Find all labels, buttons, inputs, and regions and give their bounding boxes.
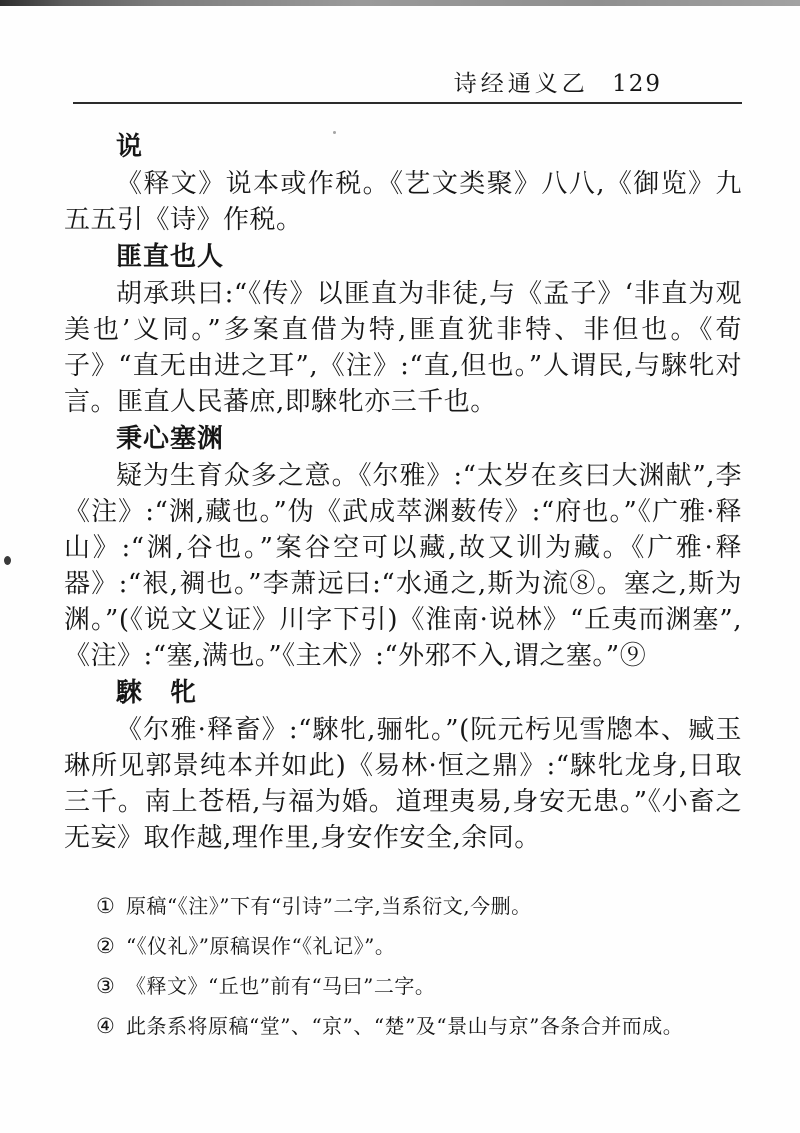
section-paragraph: 胡承珙曰:“《传》以匪直为非徒,与《孟子》‘非直为观美也’义同。”多案直借为特,… (64, 276, 742, 420)
footnote-marker: ③ (96, 973, 126, 999)
page-number: 129 (612, 71, 662, 97)
footnote-text: 此条系将原稿“堂”、“京”、“楚”及“景山与京”各条合并而成。 (126, 1013, 722, 1039)
footnote-marker: ④ (96, 1013, 126, 1039)
footnotes-block: ① 原稿“《注》”下有“引诗”二字,当系衍文,今删。 ② “《仪礼》”原稿误作“… (96, 893, 722, 1053)
scan-speck (4, 556, 11, 565)
footnote: ① 原稿“《注》”下有“引诗”二字,当系衍文,今删。 (96, 893, 722, 919)
section-heading-bingxinsaiyuan: 秉心塞渊 (64, 420, 742, 458)
footnote-text: 《释文》“丘也”前有“马曰”二字。 (126, 973, 722, 999)
scan-artifact-top-edge (0, 0, 800, 6)
footnote-marker: ② (96, 933, 126, 959)
section-heading-laipin: 騋 牝 (64, 674, 742, 712)
section-heading-shuo: 说 (64, 128, 742, 166)
footnote: ④ 此条系将原稿“堂”、“京”、“楚”及“景山与京”各条合并而成。 (96, 1013, 722, 1039)
scan-speck (333, 131, 336, 134)
section-heading-feizhiyeren: 匪直也人 (64, 238, 742, 276)
main-text-block: 说 《释文》说本或作税。《艺文类聚》八八,《御览》九五五引《诗》作税。 匪直也人… (64, 128, 742, 856)
header-rule (73, 102, 742, 104)
footnote-text: “《仪礼》”原稿误作“《礼记》”。 (126, 933, 722, 959)
running-title: 诗经通义乙 (454, 71, 589, 97)
section-paragraph: 疑为生育众多之意。《尔雅》:“太岁在亥曰大渊献”,李《注》:“渊,藏也。”伪《武… (64, 458, 742, 674)
footnote-text: 原稿“《注》”下有“引诗”二字,当系衍文,今删。 (126, 893, 722, 919)
footnote: ② “《仪礼》”原稿误作“《礼记》”。 (96, 933, 722, 959)
footnote-marker: ① (96, 893, 126, 919)
book-page: 诗经通义乙 129 说 《释文》说本或作税。《艺文类聚》八八,《御览》九五五引《… (0, 0, 800, 1133)
footnote: ③ 《释文》“丘也”前有“马曰”二字。 (96, 973, 722, 999)
section-paragraph: 《尔雅·释畜》:“騋牝,骊牝。”(阮元杇见雪牕本、臧玉琳所见郭景纯本并如此)《易… (64, 712, 742, 856)
running-header: 诗经通义乙 129 (454, 70, 662, 98)
section-paragraph: 《释文》说本或作税。《艺文类聚》八八,《御览》九五五引《诗》作税。 (64, 166, 742, 238)
